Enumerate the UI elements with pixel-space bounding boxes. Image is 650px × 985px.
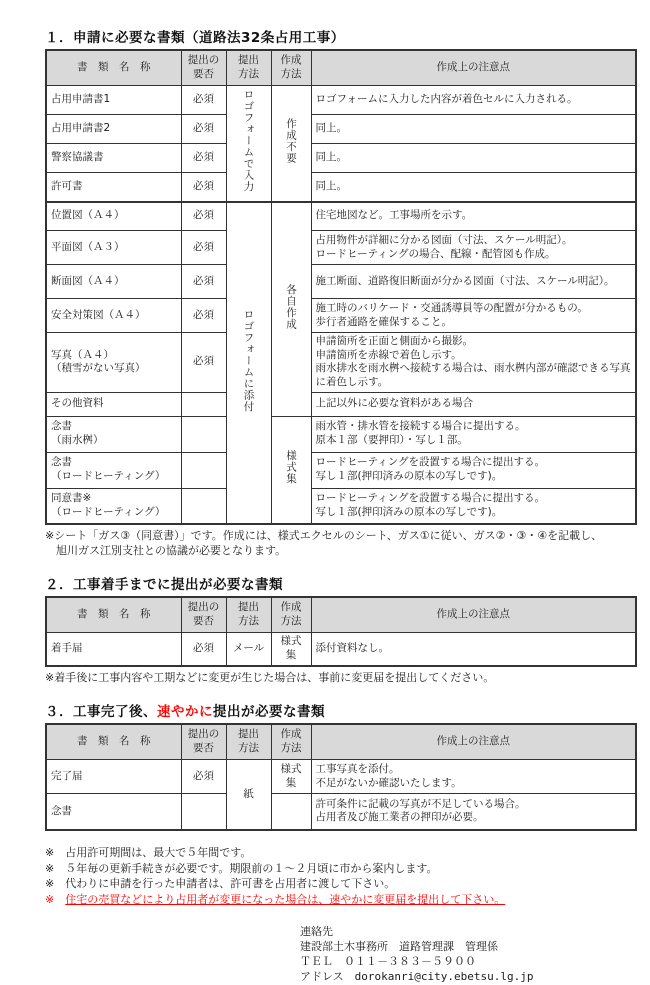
doc-name: 許可書 [46, 173, 181, 202]
remark-line-warning: ※ 住宅の売買などにより占用者が変更になった場合は、速やかに変更届を提出して下さ… [45, 892, 635, 908]
header-doc-name: 書 類 名 称 [46, 724, 181, 760]
doc-name: 完了届 [46, 760, 181, 794]
contact-email-address: dorokanri@city.ebetsu.lg.jp [355, 970, 534, 983]
section3-title: ３．工事完了後、速やかに提出が必要な書類 [45, 700, 635, 720]
header-make: 作成 方法 [271, 50, 311, 86]
section2-footnote: ※着手後に工事内容や工期などに変更が生じた場合は、事前に変更届を提出してください… [45, 671, 635, 686]
method-merged-attach: ロゴフォームに添付 [226, 202, 271, 525]
section3-title-red: 速やかに [157, 704, 213, 720]
table-row: 着手届 必須 メール 様式集 添付資料なし。 [46, 632, 636, 666]
method-merged-paper: 紙 [226, 760, 271, 830]
remarks-block: ※ 占用許可期間は、最大で５年間です。 ※ ５年毎の更新手続きが必要です。期限前… [45, 845, 635, 909]
note-text: 施工断面、道路復旧断面が分かる図面（寸法、スケール明記）。 [311, 265, 636, 299]
doc-name: 同意書※ （ロードヒーティング） [46, 488, 181, 524]
section2-table: 書 類 名 称 提出の 要否 提出 方法 作成 方法 作成上の注意点 着手届 必… [45, 596, 637, 668]
table-row: 念書 （雨水桝） 様式集 雨水管・排水管を接続する場合に提出する。 原本１部（要… [46, 416, 636, 452]
header-notes: 作成上の注意点 [311, 50, 636, 86]
table-row: 占用申請書1 必須 ロゴフォームで入力 作成不要 ロゴフォームに入力した内容が着… [46, 86, 636, 115]
section1-footnote: ※シート「ガス③（同意書）」です。作成には、様式エクセルのシート、ガス①に従い、… [45, 529, 635, 559]
required-flag: 必須 [181, 144, 226, 173]
note-text: ロードヒーティングを設置する場合に提出する。 写し１部(押印済みの原本の写しです… [311, 488, 636, 524]
required-flag: 必須 [181, 115, 226, 144]
section2-title: ２．工事着手までに提出が必要な書類 [45, 573, 635, 593]
note-text: 許可条件に記載の写真が不足している場合。 占用者及び施工業者の押印が必要。 [311, 794, 636, 830]
make-merged-self: 各自作成 [271, 202, 311, 417]
required-flag [181, 392, 226, 416]
document-page: １．申請に必要な書類（道路法32条占用工事） 書 類 名 称 提出の 要否 提出… [0, 0, 650, 985]
required-flag: 必須 [181, 299, 226, 333]
note-text: 同上。 [311, 144, 636, 173]
required-flag: 必須 [181, 173, 226, 202]
note-text: ロゴフォームに入力した内容が着色セルに入力される。 [311, 86, 636, 115]
contact-block: 連絡先 建設部土木事務所 道路管理課 管理係 ＴＥＬ ０１１－３８３－５９００ … [300, 925, 635, 984]
table-row: 断面図（Ａ４） 必須 施工断面、道路復旧断面が分かる図面（寸法、スケール明記）。 [46, 265, 636, 299]
doc-name: 念書 [46, 794, 181, 830]
required-flag [181, 416, 226, 452]
doc-name: 警察協議書 [46, 144, 181, 173]
required-flag: 必須 [181, 202, 226, 231]
required-flag [181, 488, 226, 524]
make-cell [271, 794, 311, 830]
doc-name: 平面図（Ａ３） [46, 231, 181, 265]
table-header-row: 書 類 名 称 提出の 要否 提出 方法 作成 方法 作成上の注意点 [46, 50, 636, 86]
table-row: 安全対策図（Ａ４） 必須 施工時のバリケード・交通誘導員等の配置が分かるもの。 … [46, 299, 636, 333]
required-flag [181, 794, 226, 830]
method-cell: メール [226, 632, 271, 666]
header-required: 提出の 要否 [181, 597, 226, 633]
contact-label: 連絡先 [300, 925, 635, 940]
table-header-row: 書 類 名 称 提出の 要否 提出 方法 作成 方法 作成上の注意点 [46, 597, 636, 633]
header-doc-name: 書 類 名 称 [46, 597, 181, 633]
contact-tel: ＴＥＬ ０１１－３８３－５９００ [300, 955, 635, 970]
note-text: 申請箇所を正面と側面から撮影。 申請箇所を赤線で着色し示す。 雨水排水を雨水桝へ… [311, 333, 636, 393]
note-text: ロードヒーティングを設置する場合に提出する。 写し１部(押印済みの原本の写しです… [311, 452, 636, 488]
required-flag: 必須 [181, 265, 226, 299]
table-row: 警察協議書 必須 同上。 [46, 144, 636, 173]
table-row: 写真（Ａ４） （積雪がない写真） 必須 申請箇所を正面と側面から撮影。 申請箇所… [46, 333, 636, 393]
header-method: 提出 方法 [226, 50, 271, 86]
header-method: 提出 方法 [226, 597, 271, 633]
contact-office: 建設部土木事務所 道路管理課 管理係 [300, 940, 635, 955]
note-text: 住宅地図など。工事場所を示す。 [311, 202, 636, 231]
table-row: 完了届 必須 紙 様式集 工事写真を添付。 不足がないか確認いたします。 [46, 760, 636, 794]
header-notes: 作成上の注意点 [311, 597, 636, 633]
remark-line: ※ 代わりに申請を行った申請者は、許可書を占用者に渡して下さい。 [45, 876, 635, 892]
note-text: 添付資料なし。 [311, 632, 636, 666]
required-flag: 必須 [181, 86, 226, 115]
make-cell: 様式集 [271, 632, 311, 666]
note-text: 工事写真を添付。 不足がないか確認いたします。 [311, 760, 636, 794]
required-flag: 必須 [181, 231, 226, 265]
table-row: 念書 許可条件に記載の写真が不足している場合。 占用者及び施工業者の押印が必要。 [46, 794, 636, 830]
remark-warning-prefix: ※ [45, 893, 65, 906]
note-text: 雨水管・排水管を接続する場合に提出する。 原本１部（要押印）・写し１部。 [311, 416, 636, 452]
table-row: 許可書 必須 同上。 [46, 173, 636, 202]
make-merged-none: 作成不要 [271, 86, 311, 202]
doc-name: 念書 （雨水桝） [46, 416, 181, 452]
remark-warning-text: 住宅の売買などにより占用者が変更になった場合は、速やかに変更届を提出して下さい。 [65, 893, 505, 906]
doc-name: 位置図（Ａ４） [46, 202, 181, 231]
doc-name: 占用申請書2 [46, 115, 181, 144]
header-required: 提出の 要否 [181, 724, 226, 760]
note-text: 同上。 [311, 115, 636, 144]
note-text: 施工時のバリケード・交通誘導員等の配置が分かるもの。 歩行者通路を確保すること。 [311, 299, 636, 333]
required-flag: 必須 [181, 760, 226, 794]
header-make: 作成 方法 [271, 724, 311, 760]
required-flag [181, 452, 226, 488]
note-text: 同上。 [311, 173, 636, 202]
doc-name: 占用申請書1 [46, 86, 181, 115]
remark-line: ※ 占用許可期間は、最大で５年間です。 [45, 845, 635, 861]
table-row: 平面図（Ａ３） 必須 占用物件が詳細に分かる図面（寸法、スケール明記）。 ロード… [46, 231, 636, 265]
make-cell: 様式集 [271, 760, 311, 794]
header-method: 提出 方法 [226, 724, 271, 760]
make-merged-forms: 様式集 [271, 416, 311, 524]
doc-name: その他資料 [46, 392, 181, 416]
required-flag: 必須 [181, 333, 226, 393]
doc-name: 安全対策図（Ａ４） [46, 299, 181, 333]
header-required: 提出の 要否 [181, 50, 226, 86]
method-merged-input: ロゴフォームで入力 [226, 86, 271, 202]
contact-email-line: アドレス dorokanri@city.ebetsu.lg.jp [300, 970, 635, 985]
remark-line: ※ ５年毎の更新手続きが必要です。期限前の１～２月頃に市から案内します。 [45, 861, 635, 877]
header-doc-name: 書 類 名 称 [46, 50, 181, 86]
section1-table: 書 類 名 称 提出の 要否 提出 方法 作成 方法 作成上の注意点 占用申請書… [45, 49, 637, 525]
required-flag: 必須 [181, 632, 226, 666]
table-row: 占用申請書2 必須 同上。 [46, 115, 636, 144]
section3-table: 書 類 名 称 提出の 要否 提出 方法 作成 方法 作成上の注意点 完了届 必… [45, 723, 637, 831]
doc-name: 着手届 [46, 632, 181, 666]
note-text: 上記以外に必要な資料がある場合 [311, 392, 636, 416]
table-row: 位置図（Ａ４） 必須 ロゴフォームに添付 各自作成 住宅地図など。工事場所を示す… [46, 202, 636, 231]
section3-title-post: 提出が必要な書類 [213, 704, 325, 720]
section3-title-pre: ３．工事完了後、 [45, 704, 157, 720]
table-header-row: 書 類 名 称 提出の 要否 提出 方法 作成 方法 作成上の注意点 [46, 724, 636, 760]
section1-title: １．申請に必要な書類（道路法32条占用工事） [45, 26, 635, 46]
doc-name: 写真（Ａ４） （積雪がない写真） [46, 333, 181, 393]
table-row: その他資料 上記以外に必要な資料がある場合 [46, 392, 636, 416]
contact-email-label: アドレス [300, 970, 344, 983]
header-notes: 作成上の注意点 [311, 724, 636, 760]
table-row: 同意書※ （ロードヒーティング） ロードヒーティングを設置する場合に提出する。 … [46, 488, 636, 524]
doc-name: 念書 （ロードヒーティング） [46, 452, 181, 488]
doc-name: 断面図（Ａ４） [46, 265, 181, 299]
table-row: 念書 （ロードヒーティング） ロードヒーティングを設置する場合に提出する。 写し… [46, 452, 636, 488]
header-make: 作成 方法 [271, 597, 311, 633]
note-text: 占用物件が詳細に分かる図面（寸法、スケール明記）。 ロードヒーティングの場合、配… [311, 231, 636, 265]
